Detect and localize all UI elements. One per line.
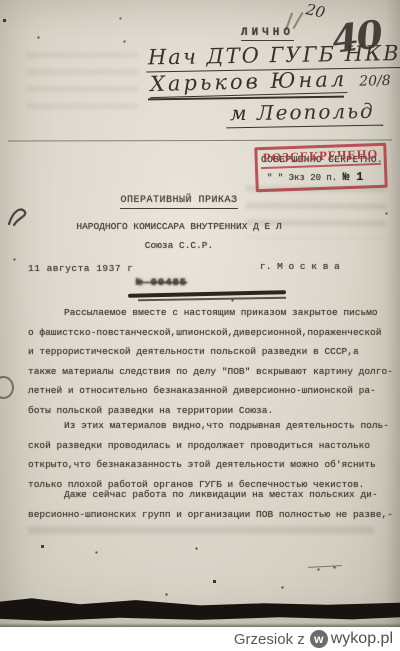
body-line: открыто,что безнаказанность этой деятель… xyxy=(28,455,398,475)
handwritten-address-line2: Харьков Юнал20/8 xyxy=(150,66,391,96)
bleed-through xyxy=(28,526,374,534)
body-line: и террористической деятельности польской… xyxy=(28,342,398,362)
order-number-underline-thin xyxy=(138,297,286,301)
paragraph-1: Рассылаемое вместе с настоящим приказом … xyxy=(28,303,398,420)
declassified-stamp-text: РОЗСЕКРЕЧЕНО xyxy=(261,147,381,169)
order-title-text: ОПЕРАТИВНЫЙ ПРИКАЗ xyxy=(120,195,237,209)
body-line: Рассылаемое вместе с настоящим приказом … xyxy=(28,303,398,323)
order-city: г. М о с к в а xyxy=(260,261,340,272)
watermark-site: wykop.pl xyxy=(331,630,393,648)
watermark-author: Grzesiok z xyxy=(234,631,305,648)
wykop-logo-icon: w xyxy=(310,630,328,648)
body-line: Из этих материалов видно,что подрывная д… xyxy=(28,416,398,436)
ink-blot-mark xyxy=(6,202,30,230)
handwritten-city: Харьков Юнал xyxy=(150,67,348,98)
pen-stroke xyxy=(292,12,303,29)
body-line: о фашистско-повстанческой,шпионской,диве… xyxy=(28,323,398,343)
paper-scratch xyxy=(308,565,342,568)
handwritten-signature-line: м Леопольд xyxy=(226,99,383,129)
bleed-through xyxy=(246,186,386,239)
paragraph-2: Из этих материалов видно,что подрывная д… xyxy=(28,416,398,494)
bleed-through xyxy=(26,52,138,110)
handwritten-date: 20/8 xyxy=(359,73,391,90)
order-number: № 00485 xyxy=(136,277,187,289)
handwritten-page-number: 20 xyxy=(304,0,326,22)
body-line: летней и относительно безнаказанной диве… xyxy=(28,381,398,401)
body-line: версионно-шпионских групп и организации … xyxy=(28,505,398,525)
body-line: ской разведки проводилась и продолжает п… xyxy=(28,436,398,456)
paper-speck-layer xyxy=(0,0,1,1)
margin-circle-mark xyxy=(0,376,14,399)
scan-black-band xyxy=(0,597,400,623)
body-line: также материалы следствия по делу "ПОВ" … xyxy=(28,362,398,382)
scanned-document-post: 20 40 ЛИЧНО Нач ДТО ГУГБ НКВД Харьков Юн… xyxy=(0,0,400,651)
order-date: 11 августа 1937 г xyxy=(28,263,133,274)
watermark-bar: Grzesiok z w wykop.pl xyxy=(0,627,400,651)
paragraph-3: Даже сейчас работа по ликвидации на мест… xyxy=(28,485,398,524)
document-photo: 20 40 ЛИЧНО Нач ДТО ГУГБ НКВД Харьков Юн… xyxy=(0,0,400,627)
order-union: Союза С.С.Р. xyxy=(0,240,358,251)
pencil-line xyxy=(8,139,392,141)
body-line: Даже сейчас работа по ликвидации на мест… xyxy=(28,485,398,505)
